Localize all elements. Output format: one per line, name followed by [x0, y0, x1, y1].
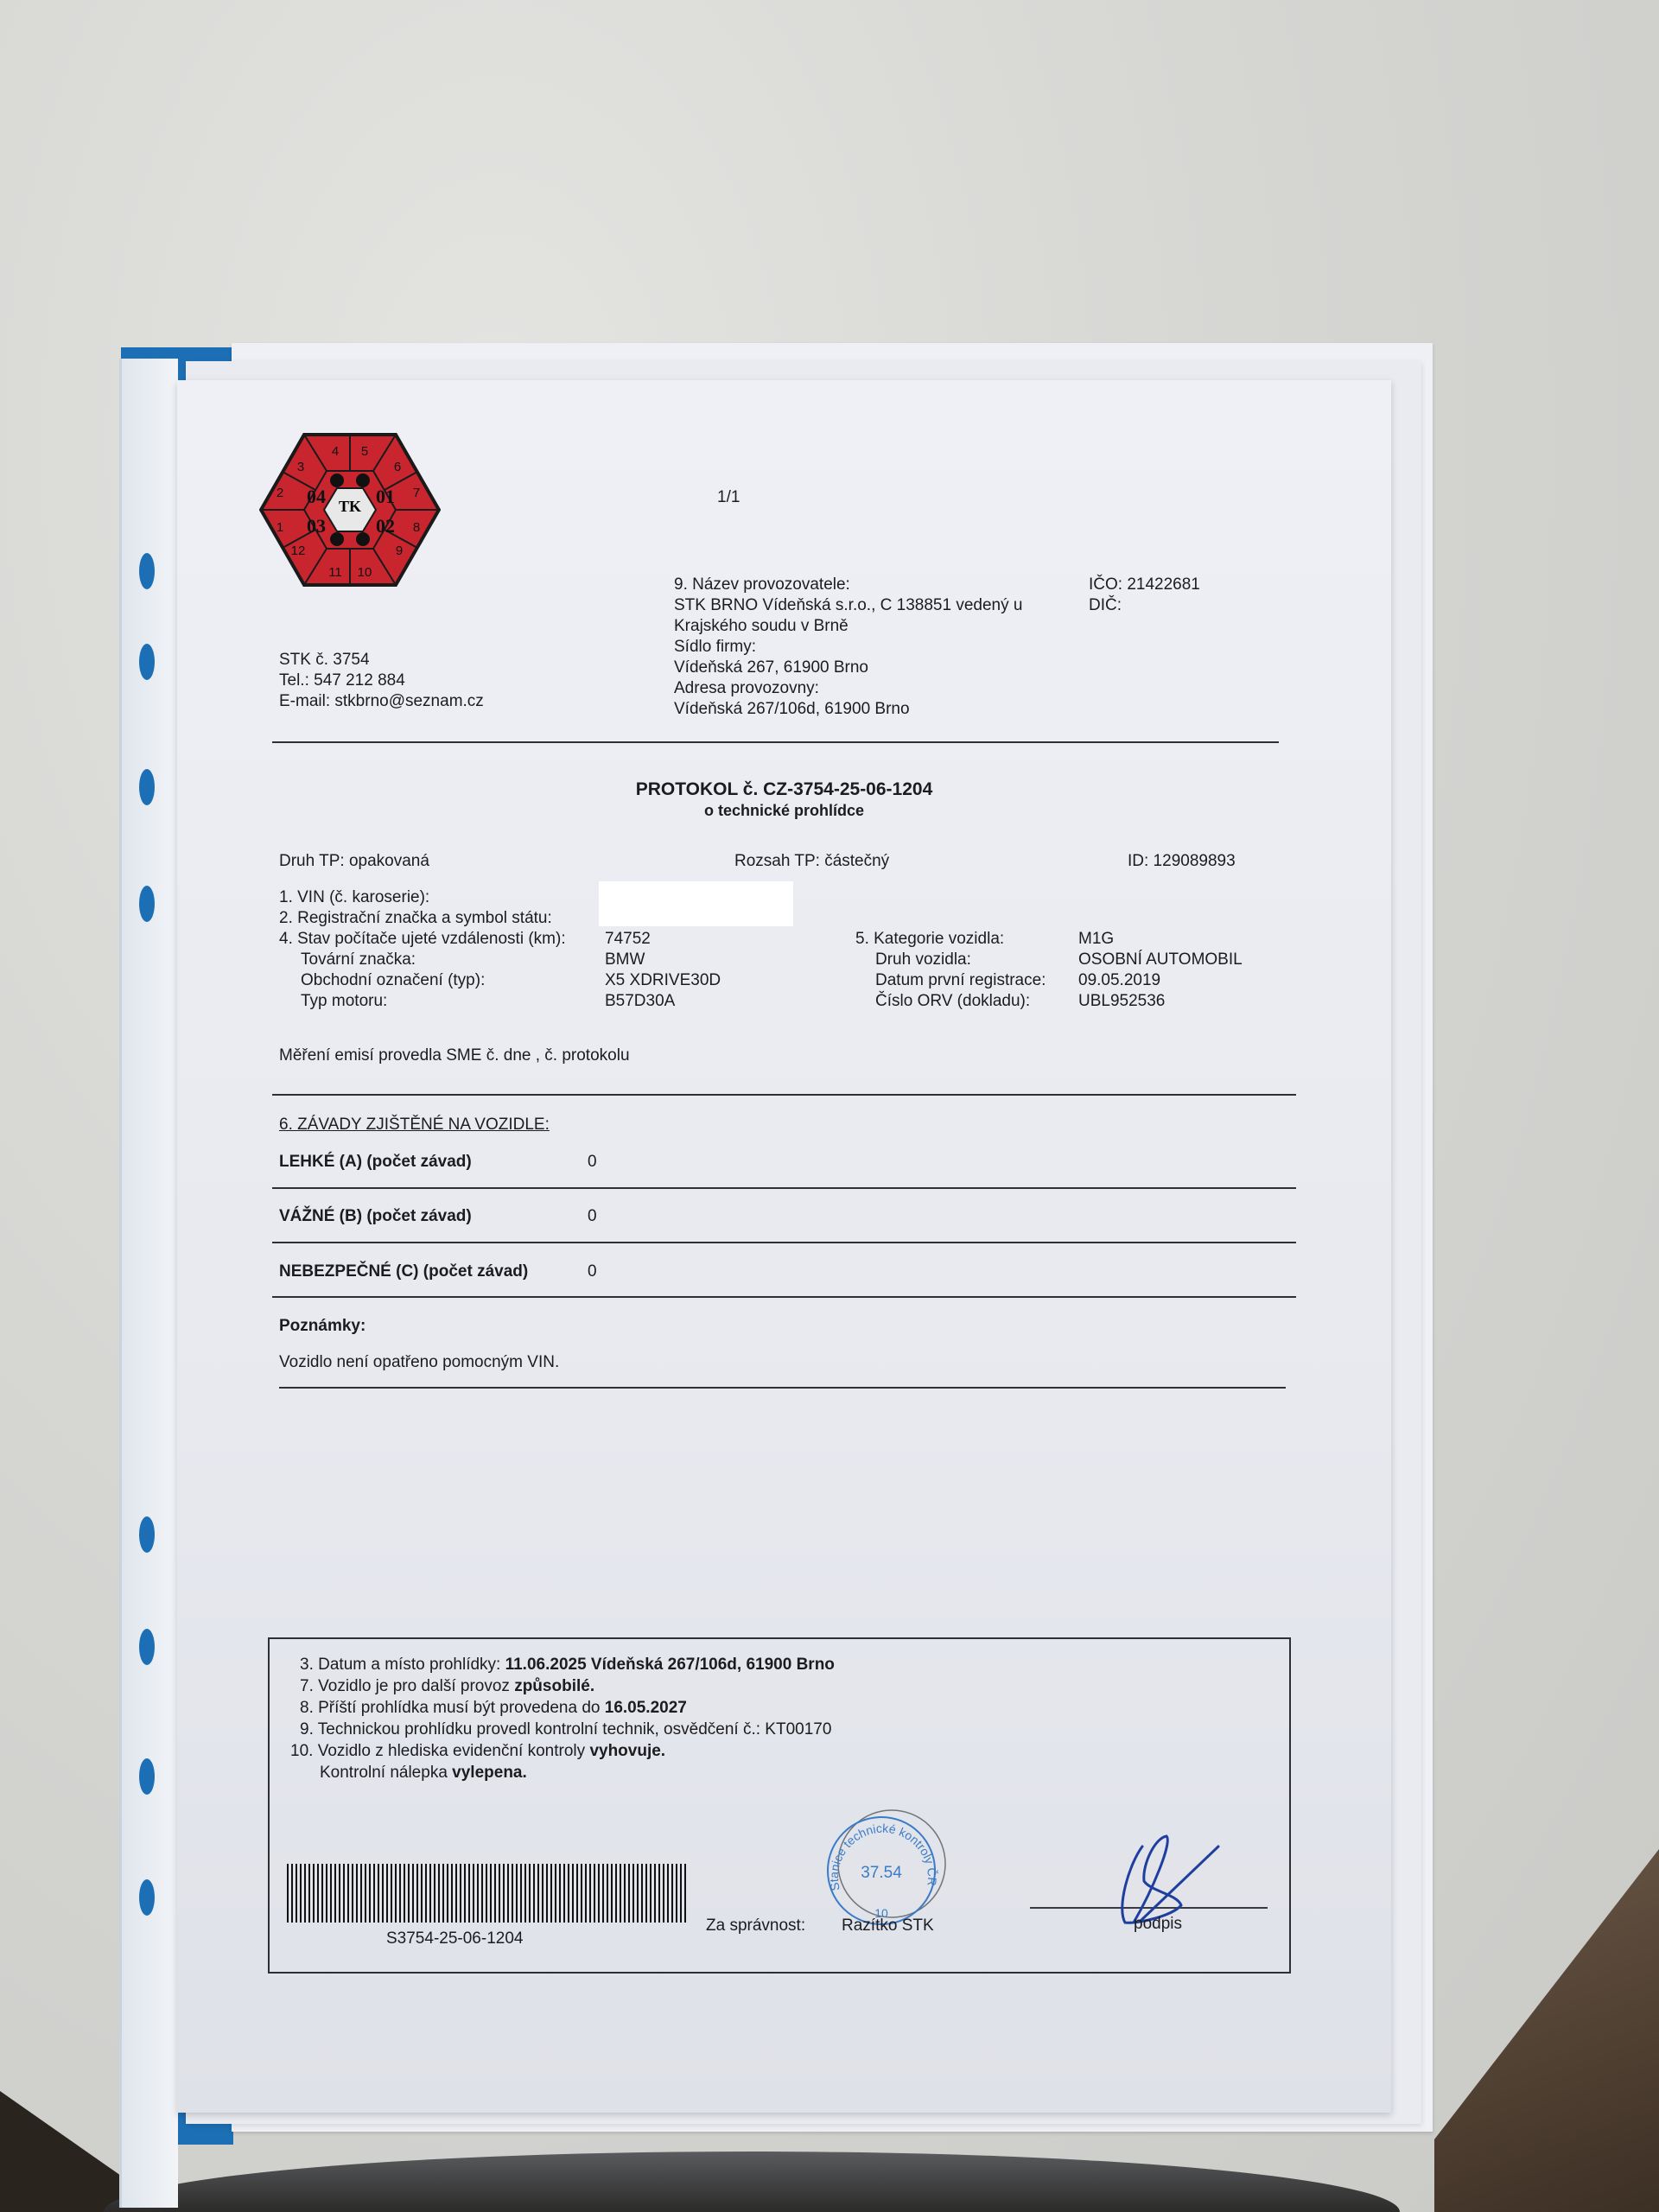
- divider: [272, 1187, 1296, 1189]
- stamp-label: Razítko STK: [842, 1916, 934, 1936]
- divider: [272, 1094, 1296, 1096]
- vehicle-type-value: OSOBNÍ AUTOMOBIL: [1078, 950, 1243, 970]
- odometer-label: 4. Stav počítače ujeté vzdálenosti (km):: [279, 929, 566, 950]
- svg-text:01: 01: [376, 486, 395, 507]
- engine-value: B57D30A: [605, 991, 675, 1012]
- engine-label: Typ motoru:: [301, 991, 387, 1012]
- emissions-note: Měření emisí provedla SME č. dne , č. pr…: [279, 1046, 630, 1066]
- sticker-value: vylepena.: [452, 1764, 527, 1782]
- notes-text: Vozidlo není opatřeno pomocným VIN.: [279, 1352, 559, 1373]
- roadworthy-value: způsobilé.: [514, 1677, 594, 1695]
- station-email: E-mail: stkbrno@seznam.cz: [279, 691, 484, 712]
- registration-label: 2. Registrační značka a symbol státu:: [279, 908, 552, 929]
- punch-hole: [139, 644, 155, 680]
- station-number: STK č. 3754: [279, 650, 370, 671]
- station-phone: Tel.: 547 212 884: [279, 671, 405, 691]
- punch-hole: [139, 1758, 155, 1795]
- ico: IČO: 21422681: [1089, 575, 1200, 595]
- defects-serious-count: 0: [588, 1206, 597, 1227]
- first-registration-value: 09.05.2019: [1078, 970, 1160, 991]
- operator-label: 9. Název provozovatele:: [674, 575, 850, 595]
- punch-hole: [139, 1516, 155, 1553]
- stamp-icon: Stanice technické kontroly ČR 37.54 10: [823, 1803, 952, 1933]
- sticker-line: Kontrolní nálepka vylepena.: [320, 1763, 527, 1783]
- registration-check-line: 10. Vozidlo z hlediska evidenční kontrol…: [290, 1741, 665, 1762]
- next-inspection-value: 16.05.2027: [605, 1699, 687, 1717]
- svg-text:7: 7: [413, 486, 420, 500]
- svg-text:02: 02: [376, 515, 395, 537]
- svg-text:6: 6: [394, 460, 401, 474]
- orv-value: UBL952536: [1078, 991, 1165, 1012]
- barcode-text: S3754-25-06-1204: [386, 1929, 523, 1949]
- svg-text:5: 5: [361, 444, 368, 459]
- svg-text:4: 4: [332, 444, 339, 459]
- model-value: X5 XDRIVE30D: [605, 970, 721, 991]
- defects-light-label: LEHKÉ (A) (počet závad): [279, 1152, 472, 1173]
- inspection-scope: Rozsah TP: částečný: [734, 851, 889, 872]
- inspection-date-line: 3. Datum a místo prohlídky: 11.06.2025 V…: [300, 1655, 835, 1675]
- divider: [272, 1242, 1296, 1243]
- defects-serious-label: VÁŽNÉ (B) (počet závad): [279, 1206, 472, 1227]
- orv-label: Číslo ORV (dokladu):: [875, 991, 1030, 1012]
- signature-icon: [1090, 1795, 1229, 1933]
- svg-text:10: 10: [358, 565, 372, 580]
- dic: DIČ:: [1089, 595, 1122, 616]
- stk-sticker-icon: TK 4 5 6 7 8 9 10 11 12 1 2 3 04 01 02 0…: [259, 432, 441, 588]
- notes-heading: Poznámky:: [279, 1316, 365, 1337]
- punch-hole: [139, 1629, 155, 1665]
- punch-hole: [139, 886, 155, 922]
- za-spravnost-label: Za správnost:: [706, 1916, 805, 1936]
- signature-label: podpis: [1134, 1914, 1182, 1935]
- category-value: M1G: [1078, 929, 1114, 950]
- make-label: Tovární značka:: [301, 950, 416, 970]
- divider: [272, 741, 1279, 743]
- svg-text:9: 9: [396, 543, 403, 558]
- seat-label: Sídlo firmy:: [674, 637, 756, 658]
- operator-name: STK BRNO Vídeňská s.r.o., C 138851 veden…: [674, 595, 1022, 616]
- divider: [272, 1296, 1296, 1298]
- first-registration-label: Datum první registrace:: [875, 970, 1046, 991]
- barcode-icon: [287, 1864, 693, 1923]
- svg-text:8: 8: [413, 520, 420, 535]
- svg-text:3: 3: [297, 460, 304, 474]
- operator-name-2: Krajského soudu v Brně: [674, 616, 849, 637]
- punch-hole: [139, 1879, 155, 1916]
- premises-label: Adresa provozovny:: [674, 678, 819, 699]
- seat-address: Vídeňská 267, 61900 Brno: [674, 658, 868, 678]
- divider: [279, 1387, 1286, 1389]
- defects-heading: 6. ZÁVADY ZJIŠTĚNÉ NA VOZIDLE:: [279, 1115, 550, 1135]
- protocol-title: PROTOKOL č. CZ-3754-25-06-1204: [177, 779, 1391, 800]
- technician-line: 9. Technickou prohlídku provedl kontroln…: [300, 1719, 831, 1740]
- defects-dangerous-count: 0: [588, 1262, 597, 1282]
- registration-check-value: vyhovuje.: [589, 1742, 665, 1760]
- svg-text:37.54: 37.54: [861, 1864, 902, 1882]
- svg-text:TK: TK: [339, 498, 361, 515]
- protocol-subtitle: o technické prohlídce: [177, 802, 1391, 820]
- roadworthy-line: 7. Vozidlo je pro další provoz způsobilé…: [300, 1676, 594, 1697]
- inspection-type: Druh TP: opakovaná: [279, 851, 429, 872]
- make-value: BMW: [605, 950, 645, 970]
- svg-text:03: 03: [307, 515, 326, 537]
- premises-address: Vídeňská 267/106d, 61900 Brno: [674, 699, 910, 720]
- inspection-protocol-page: TK 4 5 6 7 8 9 10 11 12 1 2 3 04 01 02 0…: [177, 380, 1391, 2113]
- next-inspection-line: 8. Příští prohlídka musí být provedena d…: [300, 1698, 687, 1719]
- model-label: Obchodní označení (typ):: [301, 970, 485, 991]
- plastic-sleeve: [119, 359, 178, 2208]
- vin-label: 1. VIN (č. karoserie):: [279, 887, 429, 908]
- category-label: 5. Kategorie vozidla:: [855, 929, 1004, 950]
- svg-text:1: 1: [276, 520, 283, 535]
- inspection-date-value: 11.06.2025 Vídeňská 267/106d, 61900 Brno: [505, 1656, 835, 1674]
- punch-hole: [139, 553, 155, 589]
- table-edge: [1434, 1849, 1659, 2212]
- defects-light-count: 0: [588, 1152, 597, 1173]
- redaction-box: [599, 881, 793, 926]
- vehicle-type-label: Druh vozidla:: [875, 950, 971, 970]
- background-floor: [104, 2152, 1400, 2212]
- svg-text:11: 11: [328, 565, 342, 580]
- page-number: 1/1: [717, 487, 740, 508]
- defects-dangerous-label: NEBEZPEČNÉ (C) (počet závad): [279, 1262, 528, 1282]
- protocol-id: ID: 129089893: [1128, 851, 1236, 872]
- results-box: 3. Datum a místo prohlídky: 11.06.2025 V…: [268, 1637, 1291, 1974]
- odometer-value: 74752: [605, 929, 651, 950]
- svg-text:2: 2: [276, 486, 283, 500]
- punch-hole: [139, 769, 155, 805]
- svg-text:12: 12: [291, 543, 306, 558]
- svg-text:04: 04: [307, 486, 326, 507]
